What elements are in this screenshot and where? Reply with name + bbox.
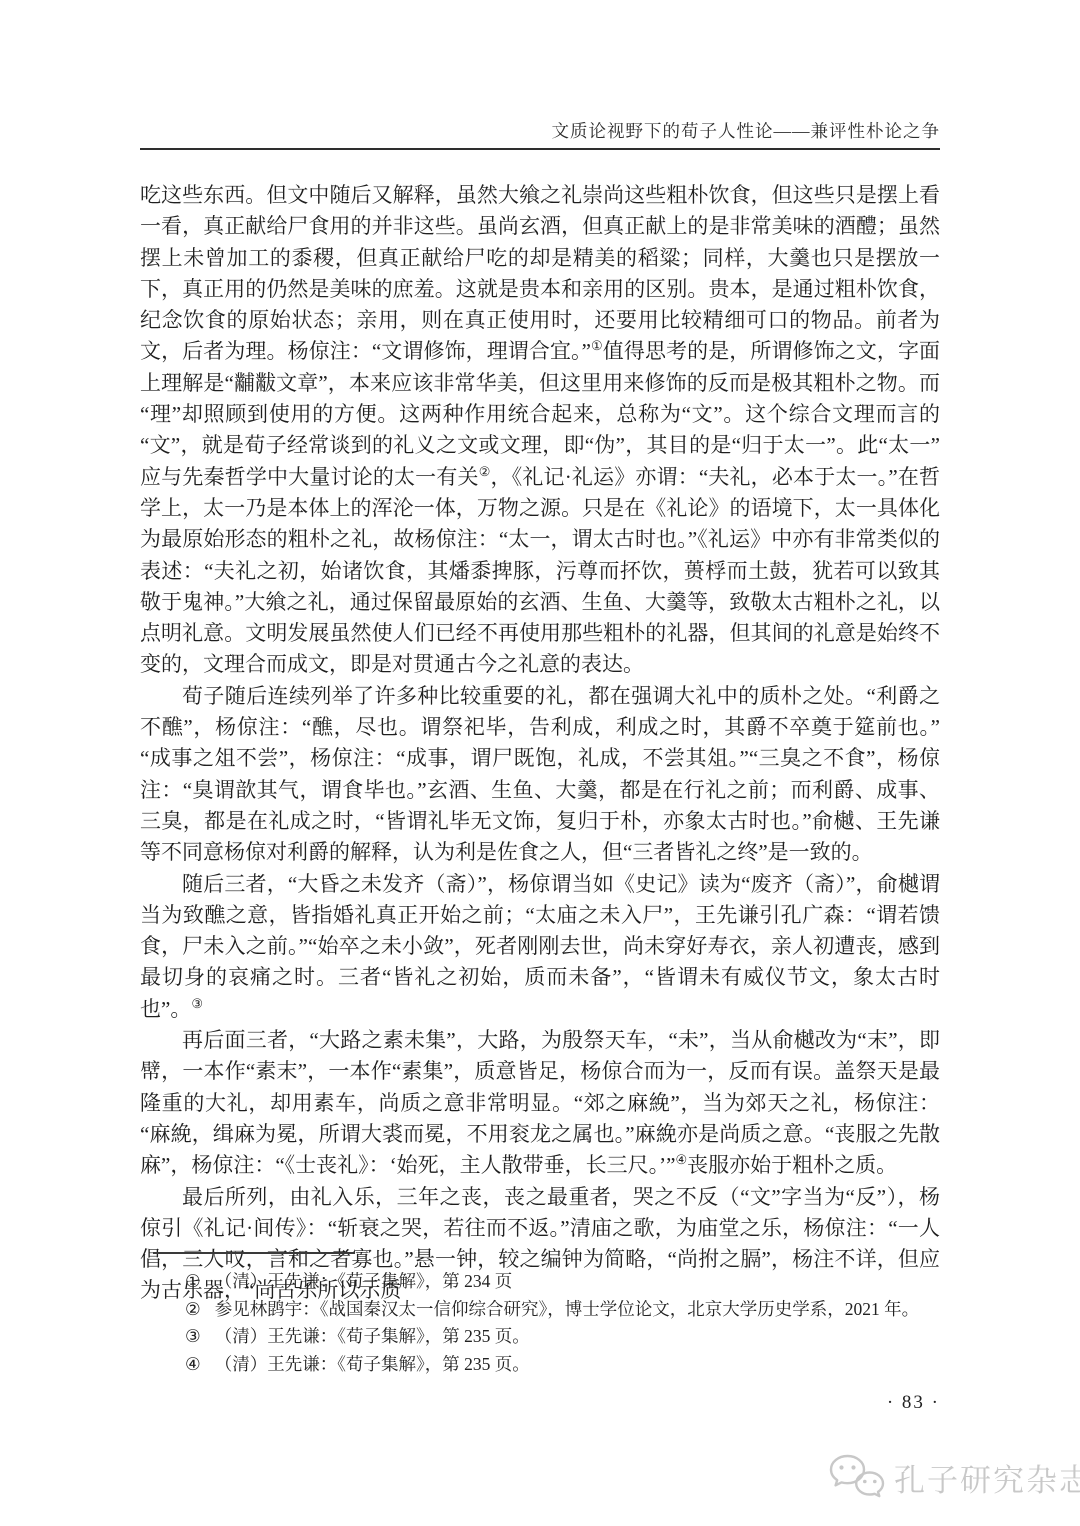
paper-page: 文质论视野下的荀子人性论——兼评性朴论之争 吃这些东西。但文中随后又解释，虽然大… — [0, 0, 1080, 1526]
footnote-text: （清）王先谦：《荀子集解》，第 235 页。 — [215, 1323, 940, 1351]
footnote-marker: ③ — [185, 1323, 201, 1351]
footnote-marker: ① — [185, 1268, 201, 1296]
watermark-text: 孔子研究杂志 — [894, 1455, 1080, 1500]
footnote-divider — [153, 1252, 355, 1254]
footnote-marker: ④ — [185, 1351, 201, 1379]
watermark: 孔子研究杂志 — [828, 1452, 1080, 1502]
article-body: 吃这些东西。但文中随后又解释，虽然大飨之礼崇尚这些粗朴饮食，但这些只是摆上看一看… — [140, 180, 940, 1307]
footnote-item: ④ （清）王先谦：《荀子集解》，第 235 页。 — [185, 1351, 940, 1379]
running-header: 文质论视野下的荀子人性论——兼评性朴论之争 — [140, 118, 940, 143]
footnote-item: ② 参见林鹍宇：《战国秦汉太一信仰综合研究》，博士学位论文，北京大学历史学系，2… — [185, 1296, 940, 1324]
paragraph-3: 随后三者，“大昏之未发齐（斋）”，杨倞谓当如《史记》读为“废齐（斋）”，俞樾谓当… — [140, 869, 940, 1025]
wechat-icon — [828, 1452, 886, 1502]
header-rule — [140, 148, 940, 150]
footnote-text: （清）王先谦：《荀子集解》，第 234 页 — [215, 1268, 940, 1296]
footnote-item: ① （清）王先谦：《荀子集解》，第 234 页 — [185, 1268, 940, 1296]
page-number: · 83 · — [140, 1392, 940, 1414]
footnote-text: （清）王先谦：《荀子集解》，第 235 页。 — [215, 1351, 940, 1379]
footnote-marker: ② — [185, 1296, 201, 1324]
running-title: 文质论视野下的荀子人性论——兼评性朴论之争 — [552, 121, 941, 141]
footnote-text: 参见林鹍宇：《战国秦汉太一信仰综合研究》，博士学位论文，北京大学历史学系，202… — [215, 1296, 940, 1324]
paragraph-4: 再后面三者，“大路之素未集”，大路，为殷祭天车，“未”，当从俞樾改为“末”，即幦… — [140, 1025, 940, 1181]
footnote-item: ③ （清）王先谦：《荀子集解》，第 235 页。 — [185, 1323, 940, 1351]
paragraph-2: 荀子随后连续列举了许多种比较重要的礼，都在强调大礼中的质朴之处。“利爵之不醮”，… — [140, 681, 940, 869]
paragraph-1: 吃这些东西。但文中随后又解释，虽然大飨之礼崇尚这些粗朴饮食，但这些只是摆上看一看… — [140, 180, 940, 681]
footnotes: ① （清）王先谦：《荀子集解》，第 234 页 ② 参见林鹍宇：《战国秦汉太一信… — [185, 1268, 940, 1378]
